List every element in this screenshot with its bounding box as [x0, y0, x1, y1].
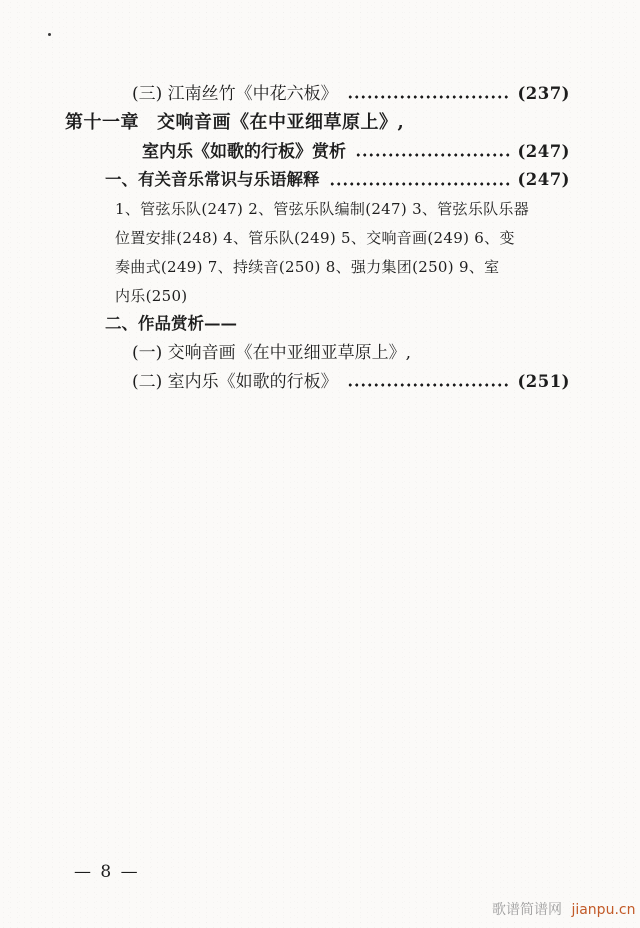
chapter-subtitle-text: 室内乐《如歌的行板》赏析: [142, 138, 346, 167]
toc-entry-page: (247): [517, 138, 570, 167]
table-of-contents: (三) 江南丝竹《中花六板》 (237) 第十一章 交响音画《在中亚细草原上》,…: [65, 80, 570, 397]
glossary-line: 位置安排(248) 4、管乐队(249) 5、交响音画(249) 6、变: [65, 224, 570, 253]
toc-section-2: 二、作品赏析——: [65, 310, 570, 339]
glossary-line: 1、管弦乐队(247) 2、管弦乐队编制(247) 3、管弦乐队乐器: [65, 195, 570, 224]
toc-entry-page: (237): [517, 80, 570, 109]
dot-leader: [347, 80, 511, 109]
watermark-site-name: 歌谱简谱网: [492, 902, 562, 918]
toc-section-1: 一、有关音乐常识与乐语解释 (247): [65, 166, 570, 195]
dot-leader: [329, 166, 511, 195]
section-text: 一、有关音乐常识与乐语解释: [105, 166, 320, 195]
toc-entry-text: (三) 江南丝竹《中花六板》: [132, 80, 338, 109]
toc-work-1: (一) 交响音画《在中亚细亚草原上》,: [65, 339, 570, 368]
glossary-line-text: 奏曲式(249) 7、持续音(250) 8、强力集团(250) 9、室: [115, 253, 499, 282]
glossary-line: 内乐(250): [65, 282, 570, 311]
toc-work-2: (二) 室内乐《如歌的行板》 (251): [65, 368, 570, 397]
section-text: 二、作品赏析——: [105, 310, 237, 339]
scan-speck-artifact: [48, 33, 51, 36]
scanned-book-page: (三) 江南丝竹《中花六板》 (237) 第十一章 交响音画《在中亚细草原上》,…: [0, 0, 640, 928]
chapter-label: 第十一章: [65, 109, 139, 138]
glossary-line-text: 1、管弦乐队(247) 2、管弦乐队编制(247) 3、管弦乐队乐器: [115, 195, 529, 224]
toc-entry-page: (251): [517, 368, 570, 397]
toc-entry-text: (二) 室内乐《如歌的行板》: [132, 368, 338, 397]
watermark-site-url: jianpu.cn: [571, 902, 635, 918]
toc-chapter-11-subtitle: 室内乐《如歌的行板》赏析 (247): [65, 138, 570, 167]
glossary-line: 奏曲式(249) 7、持续音(250) 8、强力集团(250) 9、室: [65, 253, 570, 282]
dot-leader: [347, 368, 511, 397]
dot-leader: [355, 138, 510, 167]
glossary-line-text: 位置安排(248) 4、管乐队(249) 5、交响音画(249) 6、变: [115, 224, 515, 253]
toc-entry-zhonghua-liuban: (三) 江南丝竹《中花六板》 (237): [65, 80, 570, 109]
page-number: — 8 —: [74, 862, 140, 882]
glossary-line-text: 内乐(250): [115, 282, 187, 311]
chapter-title: 交响音画《在中亚细草原上》,: [157, 109, 404, 138]
toc-entry-text: (一) 交响音画《在中亚细亚草原上》,: [132, 339, 411, 368]
toc-entry-page: (247): [517, 166, 570, 195]
toc-chapter-11: 第十一章 交响音画《在中亚细草原上》,: [65, 109, 570, 138]
watermark: 歌谱简谱网 jianpu.cn: [492, 899, 635, 919]
